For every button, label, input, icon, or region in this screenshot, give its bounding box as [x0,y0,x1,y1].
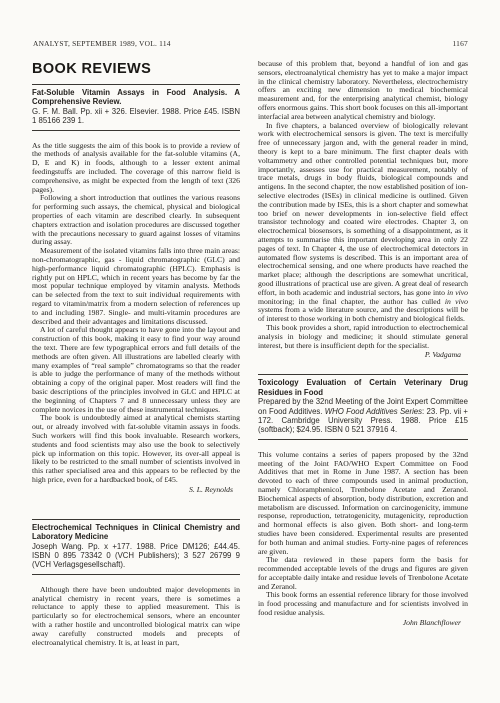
review-paragraph: A lot of careful thought appears to have… [32,326,240,414]
review-paragraph: Although there have been undoubted major… [32,586,240,648]
reviewer-signature: P. Vadgama [258,350,468,360]
review-body: This volume contains a series of papers … [258,451,468,628]
review-body: As the title suggests the aim of this bo… [32,142,240,495]
right-column: because of this problem that, beyond a h… [258,60,468,628]
reviewer-signature: S. L. Reynolds [32,485,240,495]
review-bibliography: Joseph Wang. Pp. x +177. 1988. Price DM1… [32,542,240,570]
review-bibliography: G. F. M. Ball. Pp. xii + 326. Elsevier. … [32,107,240,126]
review-paragraph: This book provides a short, rapid introd… [258,324,468,350]
review-paragraph: The data reviewed in these papers form t… [258,556,468,591]
review-bibliography: Prepared by the 32nd Meeting of the Join… [258,397,468,435]
review-paragraph: Following a short introduction that outl… [32,194,240,247]
page-title: BOOK REVIEWS [32,61,151,77]
review-paragraph: The book is undoubtedly aimed at analyti… [32,414,240,484]
review-paragraph: This book forms an essential reference l… [258,591,468,617]
review-heading: Fat-Soluble Vitamin Assays in Food Analy… [32,88,240,107]
section-divider [258,439,468,440]
review-body: because of this problem that, beyond a h… [258,60,468,360]
journal-volume-line: ANALYST, SEPTEMBER 1989, VOL. 114 [33,39,171,48]
review-body: Although there have been undoubted major… [32,586,240,648]
review-paragraph-continued: because of this problem that, beyond a h… [258,60,468,122]
left-column: Fat-Soluble Vitamin Assays in Food Analy… [32,84,240,647]
review-heading: Toxicology Evaluation of Certain Veterin… [258,378,468,397]
review-paragraph: As the title suggests the aim of this bo… [32,142,240,195]
section-divider [32,574,240,575]
review-heading: Electrochemical Techniques in Clinical C… [32,523,240,542]
section-divider [32,84,240,85]
section-divider [258,374,468,375]
reviewer-signature: John Blanchflower [258,618,468,628]
review-paragraph: This volume contains a series of papers … [258,451,468,557]
section-divider [32,519,240,520]
review-paragraph: Measurement of the isolated vitamins fal… [32,247,240,326]
review-paragraph: In five chapters, a balanced overview of… [258,122,468,324]
running-head: ANALYST, SEPTEMBER 1989, VOL. 114 1167 [33,39,468,48]
section-divider [32,130,240,131]
journal-page: ANALYST, SEPTEMBER 1989, VOL. 114 1167 B… [0,0,500,703]
page-number: 1167 [452,39,468,48]
